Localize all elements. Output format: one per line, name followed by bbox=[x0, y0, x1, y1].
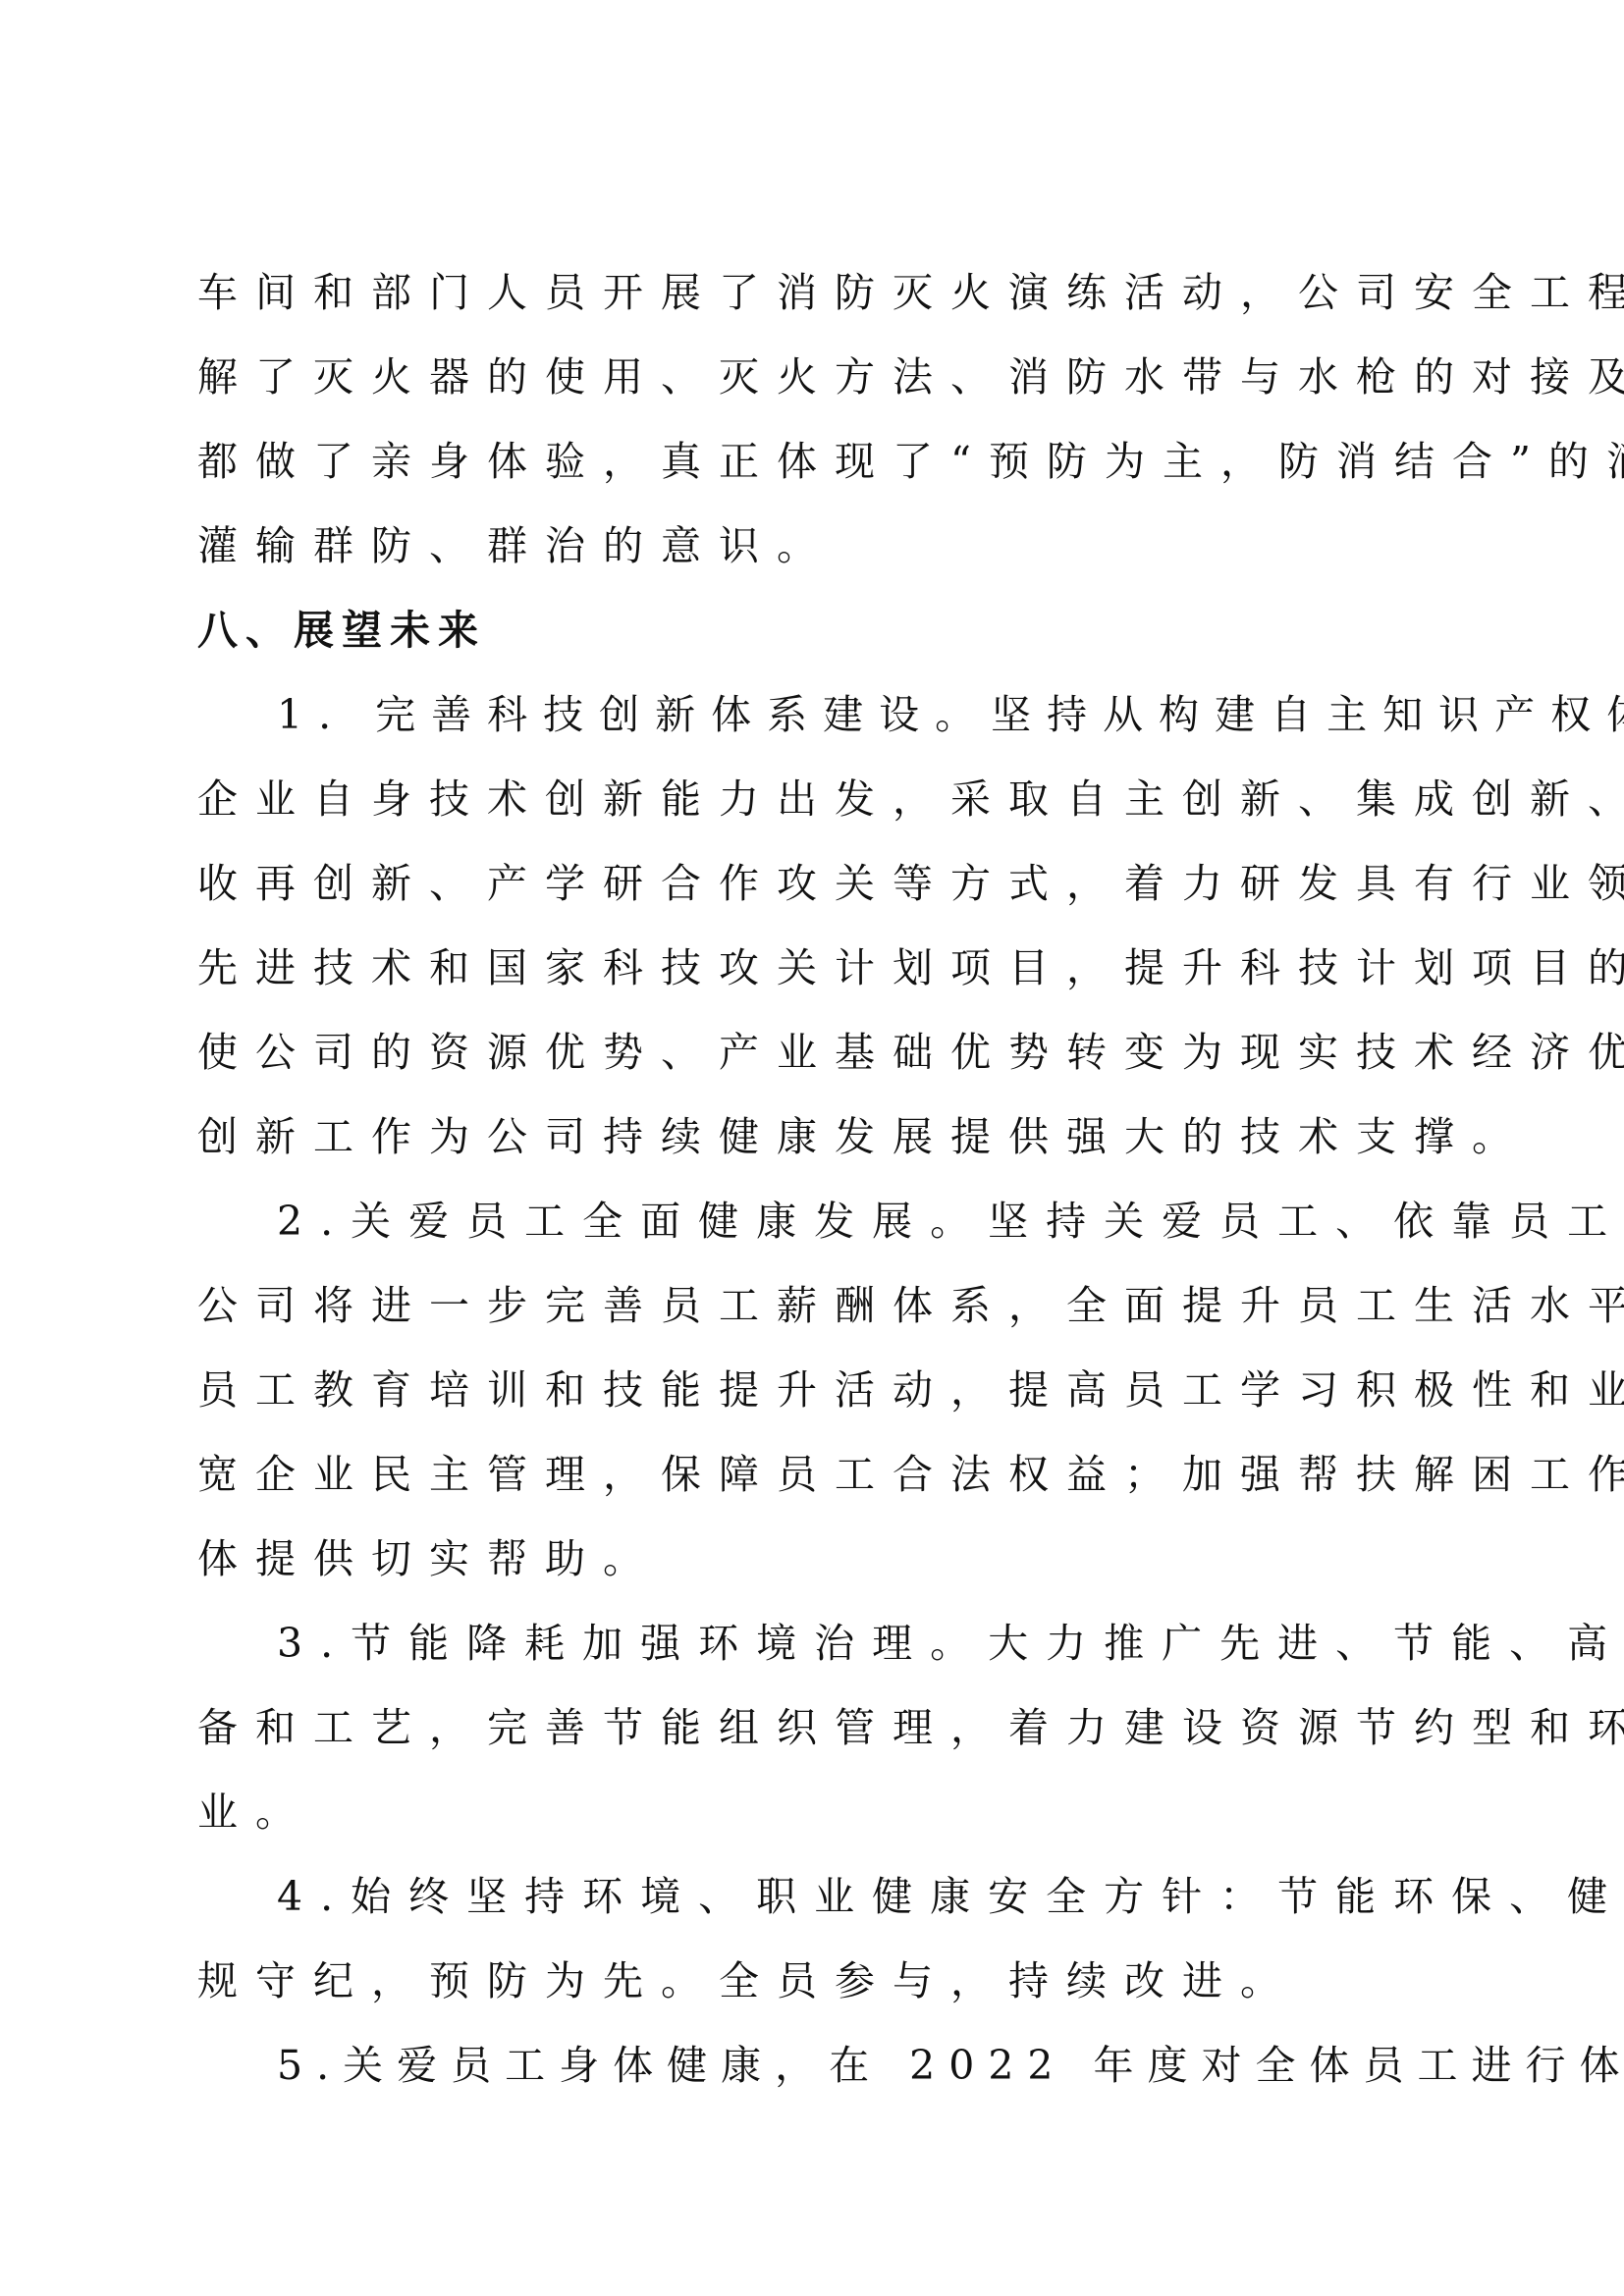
section-heading: 八、展望未来 bbox=[197, 601, 1444, 660]
item-3-line: 业。 bbox=[197, 1783, 1444, 1842]
item-1-line: 1. 完善科技创新体系建设。坚持从构建自主知识产权体系和强化 bbox=[277, 685, 1524, 744]
item-4-line: 规守纪，预防为先。全员参与，持续改进。 bbox=[197, 1951, 1444, 2010]
intro-paragraph-line: 解了灭火器的使用、灭火方法、消防水带与水枪的对接及握法，员工 bbox=[197, 347, 1444, 406]
item-2-line: 员工教育培训和技能提升活动，提高员工学习积极性和业务素质；拓 bbox=[197, 1361, 1444, 1419]
item-5-line: 5.关爱员工身体健康，在 2022 年度对全体员工进行体检和存在职 bbox=[277, 2036, 1524, 2095]
item-1-line: 先进技术和国家科技攻关计划项目，提升科技计划项目的开发层面， bbox=[197, 938, 1444, 997]
item-1-line: 收再创新、产学研合作攻关等方式，着力研发具有行业领先的现代化 bbox=[197, 854, 1444, 913]
item-1-line: 企业自身技术创新能力出发，采取自主创新、集成创新、引进消化吸 bbox=[197, 770, 1444, 828]
item-1-line: 创新工作为公司持续健康发展提供强大的技术支撑。 bbox=[197, 1107, 1444, 1166]
document-page: 车间和部门人员开展了消防灭火演练活动，公司安全工程师向员工讲 解了灭火器的使用、… bbox=[0, 0, 1624, 2296]
item-2-line: 体提供切实帮助。 bbox=[197, 1529, 1444, 1588]
item-1-line: 使公司的资源优势、产业基础优势转变为现实技术经济优势，使技术 bbox=[197, 1023, 1444, 1082]
item-2-line: 公司将进一步完善员工薪酬体系，全面提升员工生活水平；积极开展 bbox=[197, 1276, 1444, 1335]
item-3-line: 备和工艺，完善节能组织管理，着力建设资源节约型和环境友好型企 bbox=[197, 1698, 1444, 1757]
intro-paragraph-line: 车间和部门人员开展了消防灭火演练活动，公司安全工程师向员工讲 bbox=[197, 263, 1444, 322]
item-2-line: 2.关爱员工全面健康发展。坚持关爱员工、依靠员工、凝聚员工， bbox=[277, 1192, 1524, 1251]
intro-paragraph-line: 都做了亲身体验，真正体现了“预防为主，防消结合”的消防方针， bbox=[197, 432, 1444, 491]
intro-paragraph-line: 灌输群防、群治的意识。 bbox=[197, 516, 1444, 575]
item-2-line: 宽企业民主管理，保障员工合法权益；加强帮扶解困工作，为弱势群 bbox=[197, 1445, 1444, 1504]
item-3-line: 3.节能降耗加强环境治理。大力推广先进、节能、高效的技术设 bbox=[277, 1614, 1524, 1673]
item-4-line: 4.始终坚持环境、职业健康安全方针：节能环保、健康安全。遵 bbox=[277, 1867, 1524, 1926]
